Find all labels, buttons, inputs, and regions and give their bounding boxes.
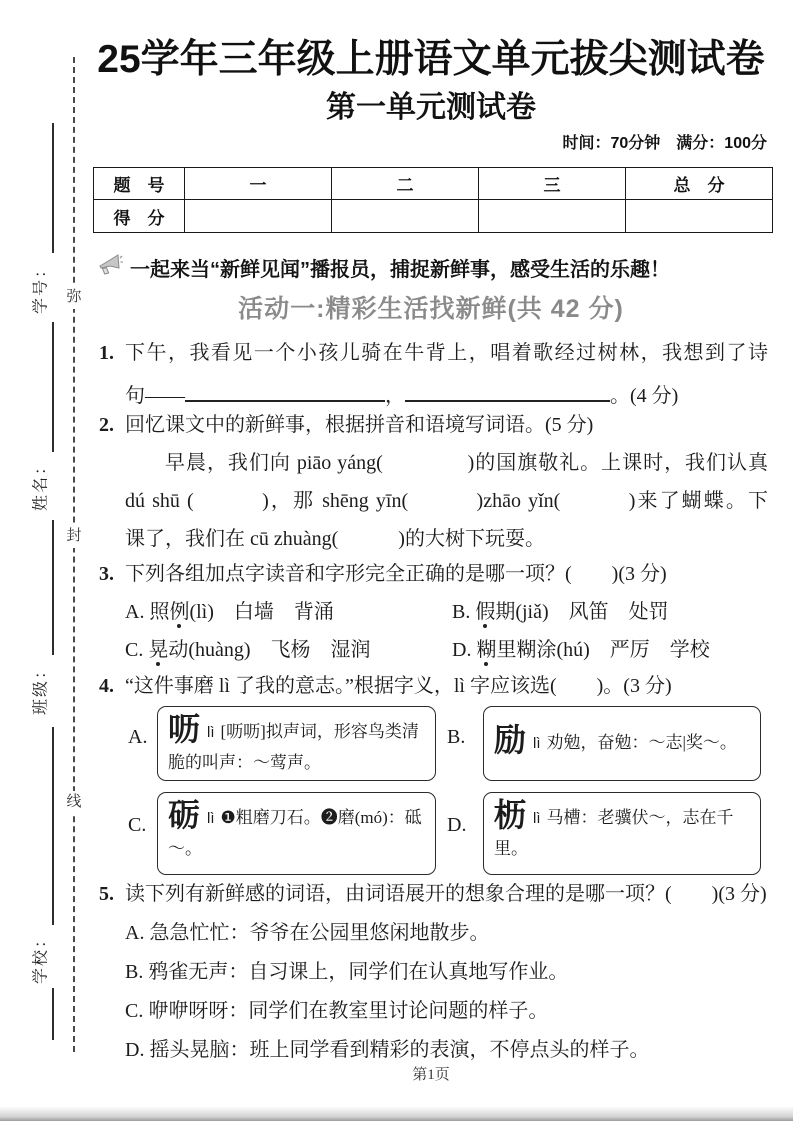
q5-option-c: C. 咿咿呀呀：同学们在教室里讨论问题的样子。: [95, 992, 768, 1031]
score-table-header-cell: 总 分: [626, 168, 773, 200]
q3-option-c-dotted-char: 晃: [148, 639, 168, 661]
q4-box-a: 呖lì[呖呖]拟声词，形容鸟类清脆的叫声：～莺声。: [157, 706, 436, 781]
q2-body-line: 课了，我们在 cū zhuàng( )的大树下玩耍。: [95, 520, 768, 558]
q1-line-1: 1.下午，我看见一个小孩儿骑在牛背上，唱着歌经过树林，我想到了诗: [95, 332, 768, 375]
seal-char-mi: 弥: [65, 286, 82, 309]
q4-box-d-pinyin: lì: [533, 810, 541, 827]
school-write-line[interactable]: [52, 727, 54, 925]
q4-box-a-definition: [呖呖]拟声词，形容鸟类清脆的叫声：～莺声。: [168, 722, 419, 772]
class-write-line[interactable]: [52, 520, 54, 655]
q1-number: 1.: [99, 332, 114, 375]
q4-box-c: 砺lì❶粗磨刀石。❷磨(mó)：砥～。: [157, 792, 436, 875]
q5-stem-text: 读下列有新鲜感的词语，由词语展开的想象合理的是哪一项？( )(3 分): [125, 883, 767, 905]
q5-option-b: B. 鸦雀无声：自习课上，同学们在认真地写作业。: [95, 953, 768, 992]
q4-box-b-pinyin: lì: [533, 735, 541, 752]
name-label: 姓名：: [28, 457, 51, 511]
score-table: 题 号 一 二 三 总 分 得 分: [93, 167, 773, 233]
school-label: 学校：: [28, 930, 51, 984]
seal-char-feng: 封: [65, 525, 82, 548]
q3-option-b: B. 假期(jiǎ) 风笛 处罚: [452, 593, 669, 631]
question-5: 5.读下列有新鲜感的词语，由词语展开的想象合理的是哪一项？( )(3 分) A.…: [95, 875, 768, 1070]
q3-option-c: C. 晃动(huàng) 飞杨 湿润: [125, 639, 371, 661]
score-table-header-cell: 题 号: [94, 168, 185, 200]
q1-text: 句——: [125, 385, 185, 407]
q3-option-d-text: 里糊涂(hú) 严厉 学校: [496, 639, 709, 661]
score-cell-empty[interactable]: [185, 200, 332, 233]
q3-option-c-text: 动(huàng) 飞杨 湿润: [168, 639, 370, 661]
student-id-write-line[interactable]: [52, 123, 54, 253]
q3-options-row-1: A. 照例(lì) 白墙 背涌 B. 假期(jiǎ) 风笛 处罚: [95, 593, 768, 631]
seal-char-xian: 线: [65, 791, 82, 814]
q4-box-c-pinyin: lì: [207, 810, 215, 827]
score-table-header-cell: 三: [479, 168, 626, 200]
seal-dashed-line: [73, 57, 75, 1052]
q3-option-a: A. 照例(lì) 白墙 背涌: [125, 601, 334, 623]
q1-comma: ，: [385, 385, 405, 407]
q3-stem-text: 下列各组加点字读音和字形完全正确的是哪一项？( )(3 分): [125, 563, 667, 585]
score-table-score-row: 得 分: [94, 200, 773, 233]
q3-option-a-dotted-char: 例: [169, 601, 189, 623]
q4-stem-text: “这件事磨 lì 了我的意志。”根据字义，lì 字应该选( )。(3 分): [125, 675, 672, 697]
q4-box-b-definition: 劝勉，奋勉：～志|奖～。: [547, 733, 737, 752]
q4-box-a-label: A.: [128, 726, 147, 749]
q3-options-row-2: C. 晃动(huàng) 飞杨 湿润 D. 糊里糊涂(hú) 严厉 学校: [95, 631, 768, 669]
q4-box-b-label: B.: [447, 726, 465, 749]
score-table-header-cell: 二: [332, 168, 479, 200]
q3-option-b-text: 期(jiǎ) 风笛 处罚: [495, 601, 668, 623]
score-cell-empty[interactable]: [479, 200, 626, 233]
q3-option-d: D. 糊里糊涂(hú) 严厉 学校: [452, 631, 710, 669]
question-4: 4.“这件事磨 lì 了我的意志。”根据字义，lì 字应该选( )。(3 分): [95, 667, 768, 705]
answer-blank[interactable]: [185, 380, 385, 402]
name-write-line[interactable]: [52, 322, 54, 452]
q3-number: 3.: [99, 555, 114, 593]
score-cell-empty[interactable]: [332, 200, 479, 233]
q3-option-c-text: C.: [125, 639, 148, 661]
q1-score: 。(4 分): [610, 385, 678, 407]
intro-text: 一起来当“新鲜见闻”播报员，捕捉新鲜事，感受生活的乐趣！: [130, 253, 670, 282]
page-edge-shadow: [0, 1106, 793, 1121]
question-2: 2.回忆课文中的新鲜事，根据拼音和语境写词语。(5 分) 早晨，我们向 piāo…: [95, 406, 768, 558]
q4-box-b-char: 励: [494, 722, 526, 758]
activity-title: 活动一:精彩生活找新鲜(共 42 分): [95, 291, 767, 327]
paper-title: 25学年三年级上册语文单元拔尖测试卷: [95, 34, 767, 86]
q3-option-b-dotted-char: 假: [475, 601, 495, 623]
score-table-header-cell: 一: [185, 168, 332, 200]
class-label: 班级：: [28, 661, 51, 715]
q1-text: 下午，我看见一个小孩儿骑在牛背上，唱着歌经过树林，我想到了诗: [125, 342, 768, 364]
intro-banner: 一起来当“新鲜见闻”播报员，捕捉新鲜事，感受生活的乐趣！: [97, 253, 670, 282]
q4-box-b: 励lì劝勉，奋勉：～志|奖～。: [483, 706, 761, 781]
q4-stem: 4.“这件事磨 lì 了我的意志。”根据字义，lì 字应该选( )。(3 分): [95, 667, 768, 705]
q3-option-b-text: B.: [452, 601, 475, 623]
score-table-header-row: 题 号 一 二 三 总 分: [94, 168, 773, 200]
score-row-label: 得 分: [94, 200, 185, 233]
q2-body-line: 早晨，我们向 piāo yáng( )的国旗敬礼。上课时，我们认真: [95, 444, 768, 482]
q4-box-a-pinyin: lì: [207, 724, 215, 741]
q2-stem-text: 回忆课文中的新鲜事，根据拼音和语境写词语。(5 分): [125, 414, 593, 436]
q3-stem: 3.下列各组加点字读音和字形完全正确的是哪一项？( )(3 分): [95, 555, 768, 593]
extra-write-line[interactable]: [52, 988, 54, 1040]
answer-blank[interactable]: [405, 380, 610, 402]
q4-box-d-char: 枥: [494, 797, 526, 833]
q4-box-d-label: D.: [447, 814, 466, 837]
q5-number: 5.: [99, 875, 114, 914]
time-and-score-info: 时间：70分钟 满分：100分: [95, 132, 767, 156]
q3-option-d-dotted-char: 糊: [476, 639, 496, 661]
q2-stem: 2.回忆课文中的新鲜事，根据拼音和语境写词语。(5 分): [95, 406, 768, 444]
q2-body-line: dú shū ( )，那 shēng yīn( )zhāo yǐn( )来了蝴蝶…: [95, 482, 768, 520]
question-3: 3.下列各组加点字读音和字形完全正确的是哪一项？( )(3 分) A. 照例(l…: [95, 555, 768, 669]
test-paper-page: 弥 封 线 学号： 姓名： 班级： 学校： 25学年三年级上册语文单元拔尖测试卷…: [0, 0, 793, 1121]
paper-subtitle: 第一单元测试卷: [95, 89, 767, 127]
q3-option-a-text: (lì) 白墙 背涌: [189, 601, 333, 623]
q4-definition-boxes: A. 呖lì[呖呖]拟声词，形容鸟类清脆的叫声：～莺声。 B. 励lì劝勉，奋勉…: [95, 706, 768, 878]
q4-box-c-label: C.: [128, 814, 146, 837]
q4-number: 4.: [99, 667, 114, 705]
q3-option-d-text: D.: [452, 639, 476, 661]
q2-number: 2.: [99, 406, 114, 444]
score-cell-empty[interactable]: [626, 200, 773, 233]
megaphone-icon: [97, 253, 123, 282]
q4-box-d: 枥lì马槽：老骥伏～，志在千里。: [483, 792, 761, 875]
q4-box-c-char: 砺: [168, 797, 200, 833]
q3-option-a-text: A. 照: [125, 601, 169, 623]
page-number: 第1页: [95, 1063, 767, 1087]
q5-option-a: A. 急急忙忙：爷爷在公园里悠闲地散步。: [95, 914, 768, 953]
q4-box-a-char: 呖: [168, 711, 200, 747]
student-id-label: 学号：: [28, 260, 51, 314]
q5-stem: 5.读下列有新鲜感的词语，由词语展开的想象合理的是哪一项？( )(3 分): [95, 875, 768, 914]
q4-box-d-definition: 马槽：老骥伏～，志在千里。: [494, 808, 734, 858]
